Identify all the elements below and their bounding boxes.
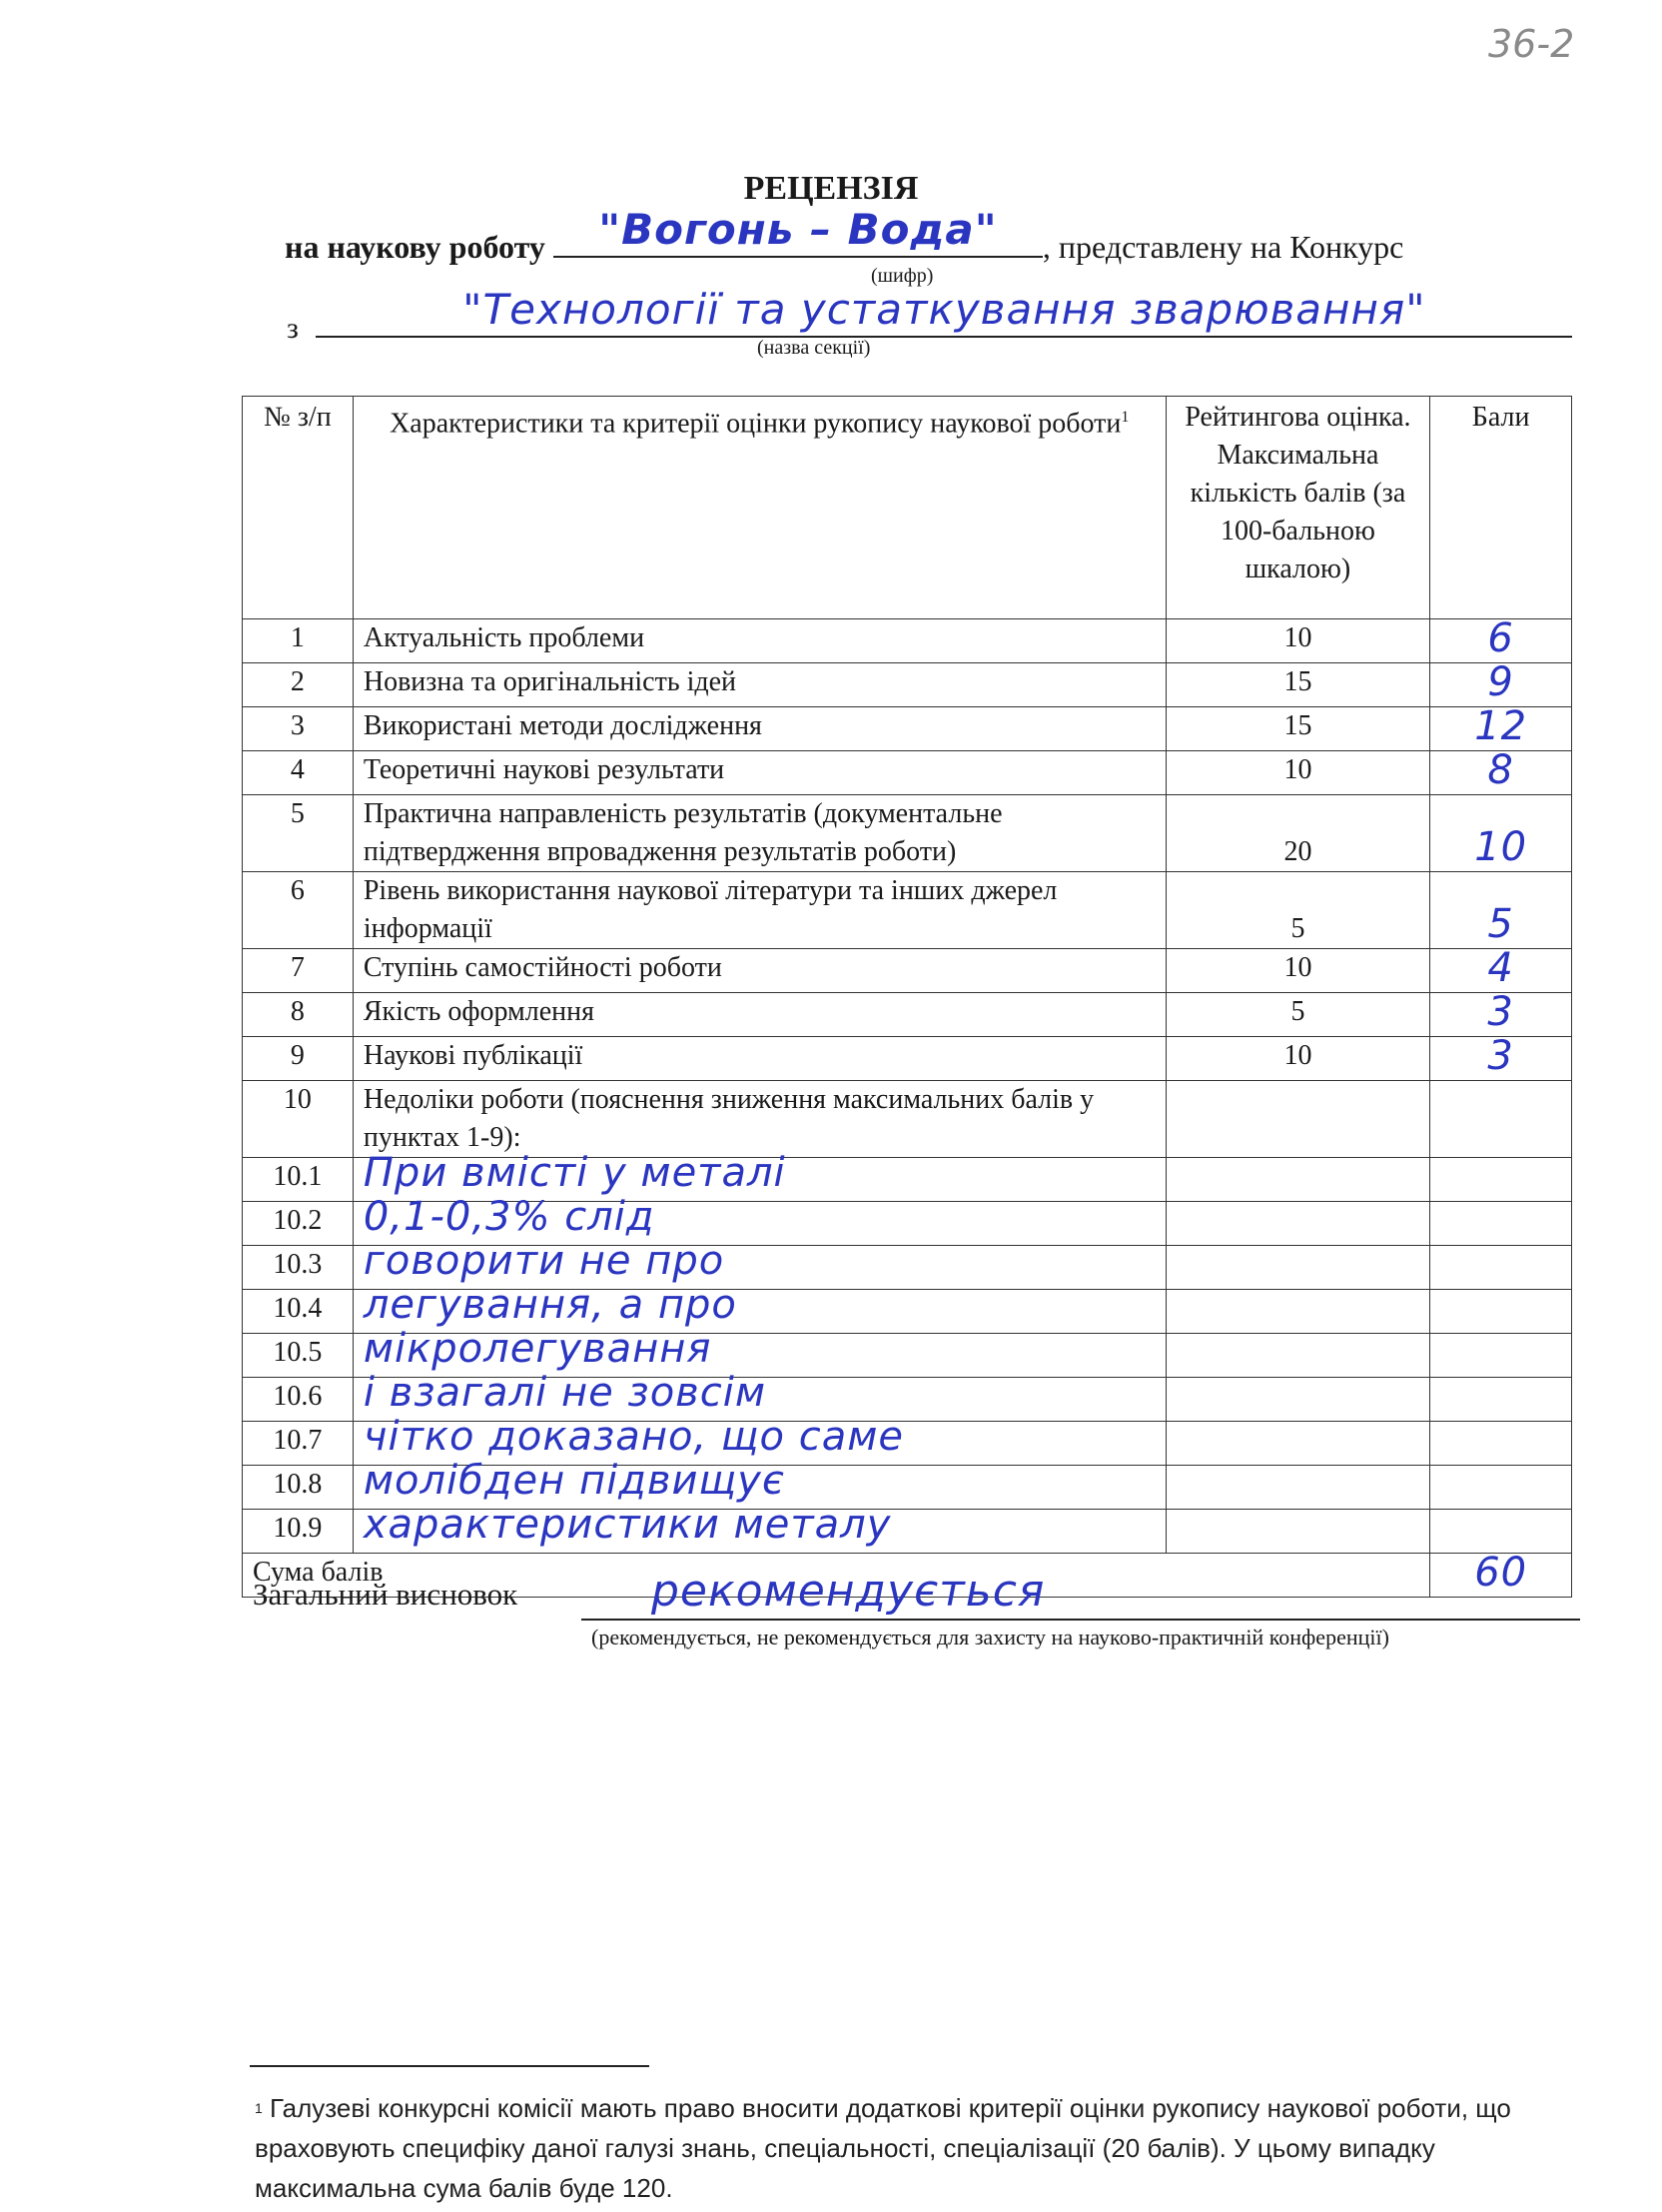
row-max-score: 10 — [1166, 1037, 1430, 1081]
work-prefix: на наукову роботу — [285, 229, 545, 265]
row-criterion: Актуальність проблеми — [353, 619, 1166, 663]
section-caption: (назва секції) — [757, 337, 870, 360]
row-max-score: 15 — [1166, 663, 1430, 707]
shortcoming-num: 10.6 — [243, 1378, 354, 1422]
shortcomings-num: 10 — [243, 1081, 354, 1158]
row-score-field[interactable]: 9 — [1430, 663, 1572, 707]
header-max: Рейтингова оцінка. Максимальна кількість… — [1166, 397, 1430, 619]
row-score-value: 3 — [1487, 1033, 1513, 1079]
conclusion-field[interactable]: рекомендується — [581, 1579, 1580, 1621]
archive-number-mark: 36-2 — [1488, 22, 1574, 66]
work-cipher-line: на наукову роботу "Вогонь – Вода", предс… — [285, 222, 1403, 266]
evaluation-table: № з/п Характеристики та критерії оцінки … — [242, 396, 1572, 1598]
row-criterion: Якість оформлення — [353, 993, 1166, 1037]
shortcoming-text: говорити не про — [364, 1238, 724, 1284]
row-score-value: 3 — [1487, 989, 1513, 1035]
shortcoming-text: молібден підвищує — [364, 1458, 785, 1504]
shortcoming-num: 10.2 — [243, 1202, 354, 1246]
row-score-field[interactable]: 10 — [1430, 795, 1572, 872]
cipher-value: "Вогонь – Вода" — [553, 205, 1043, 254]
row-score-field[interactable]: 6 — [1430, 619, 1572, 663]
row-num: 4 — [243, 751, 354, 795]
shortcoming-num: 10.7 — [243, 1422, 354, 1466]
footnote-divider — [250, 2065, 649, 2067]
header-score: Бали — [1430, 397, 1572, 619]
shortcoming-row: 10.9характеристики металу — [243, 1510, 1572, 1554]
row-score-value: 5 — [1487, 901, 1513, 947]
table-row: 6Рівень використання наукової літератури… — [243, 872, 1572, 949]
footnote: 1 Галузеві конкурсні комісії мають право… — [255, 2088, 1573, 2208]
row-score-value: 10 — [1474, 824, 1527, 870]
table-row: 1Актуальність проблеми106 — [243, 619, 1572, 663]
shortcoming-text: і взагалі не зовсім — [364, 1370, 766, 1416]
row-criterion: Новизна та оригінальність ідей — [353, 663, 1166, 707]
row-num: 7 — [243, 949, 354, 993]
shortcoming-text: мікролегування — [364, 1326, 712, 1372]
row-num: 1 — [243, 619, 354, 663]
row-max-score: 15 — [1166, 707, 1430, 751]
row-num: 9 — [243, 1037, 354, 1081]
shortcoming-text: легування, а про — [364, 1282, 737, 1328]
shortcoming-num: 10.8 — [243, 1466, 354, 1510]
shortcoming-text: При вмісті у металі — [364, 1150, 786, 1196]
work-suffix: , представлену на Конкурс — [1043, 229, 1403, 265]
row-num: 8 — [243, 993, 354, 1037]
row-criterion: Теоретичні наукові результати — [353, 751, 1166, 795]
row-score-field[interactable]: 8 — [1430, 751, 1572, 795]
footnote-ref: 1 — [1121, 409, 1129, 426]
table-row-shortcomings: 10 Недоліки роботи (пояснення зниження м… — [243, 1081, 1572, 1158]
section-field[interactable]: "Технології та устаткування зварювання" — [316, 300, 1572, 338]
shortcomings-label: Недоліки роботи (пояснення зниження макс… — [353, 1081, 1166, 1158]
shortcoming-num: 10.4 — [243, 1290, 354, 1334]
row-num: 3 — [243, 707, 354, 751]
row-score-field[interactable]: 4 — [1430, 949, 1572, 993]
row-num: 2 — [243, 663, 354, 707]
cipher-field[interactable]: "Вогонь – Вода" — [553, 222, 1043, 258]
shortcoming-num: 10.9 — [243, 1510, 354, 1554]
header-criteria: Характеристики та критерії оцінки рукопи… — [353, 397, 1166, 619]
row-score-value: 12 — [1474, 703, 1527, 749]
row-max-score: 5 — [1166, 872, 1430, 949]
section-line: з "Технології та устаткування зварювання… — [287, 300, 1572, 346]
row-criterion: Рівень використання наукової літератури … — [353, 872, 1166, 949]
row-score-field[interactable]: 5 — [1430, 872, 1572, 949]
row-max-score: 10 — [1166, 949, 1430, 993]
row-num: 5 — [243, 795, 354, 872]
shortcoming-field[interactable]: характеристики металу — [353, 1510, 1166, 1554]
conclusion-caption: (рекомендується, не рекомендується для з… — [591, 1625, 1389, 1651]
row-num: 6 — [243, 872, 354, 949]
row-criterion: Ступінь самостійності роботи — [353, 949, 1166, 993]
table-row: 5Практична направленість результатів (до… — [243, 795, 1572, 872]
header-num: № з/п — [243, 397, 354, 619]
section-prefix: з — [287, 312, 299, 345]
row-max-score: 10 — [1166, 751, 1430, 795]
section-value: "Технології та устаткування зварювання" — [316, 285, 1572, 334]
shortcoming-text: чітко доказано, що саме — [364, 1414, 904, 1460]
row-score-field[interactable]: 3 — [1430, 993, 1572, 1037]
shortcoming-num: 10.1 — [243, 1158, 354, 1202]
table-row: 9Наукові публікації103 — [243, 1037, 1572, 1081]
table-header-row: № з/п Характеристики та критерії оцінки … — [243, 397, 1572, 619]
row-max-score: 20 — [1166, 795, 1430, 872]
row-score-value: 8 — [1487, 747, 1513, 793]
table-row: 3Використані методи дослідження1512 — [243, 707, 1572, 751]
shortcoming-text: характеристики металу — [364, 1502, 892, 1548]
row-max-score: 10 — [1166, 619, 1430, 663]
row-criterion: Практична направленість результатів (док… — [353, 795, 1166, 872]
row-criterion: Використані методи дослідження — [353, 707, 1166, 751]
document-title: РЕЦЕНЗІЯ — [0, 170, 1662, 208]
row-criterion: Наукові публікації — [353, 1037, 1166, 1081]
conclusion-label: Загальний висновок — [253, 1577, 517, 1613]
row-score-field[interactable]: 3 — [1430, 1037, 1572, 1081]
table-row: 7Ступінь самостійності роботи104 — [243, 949, 1572, 993]
table-row: 4Теоретичні наукові результати108 — [243, 751, 1572, 795]
row-score-value: 6 — [1487, 615, 1513, 661]
table-row: 2Новизна та оригінальність ідей159 — [243, 663, 1572, 707]
row-max-score: 5 — [1166, 993, 1430, 1037]
row-score-field[interactable]: 12 — [1430, 707, 1572, 751]
row-score-value: 4 — [1487, 945, 1513, 991]
shortcoming-num: 10.3 — [243, 1246, 354, 1290]
shortcoming-text: 0,1-0,3% слід — [364, 1194, 655, 1240]
conclusion-value: рекомендується — [651, 1566, 1045, 1617]
table-row: 8Якість оформлення53 — [243, 993, 1572, 1037]
row-score-value: 9 — [1487, 659, 1513, 705]
shortcoming-num: 10.5 — [243, 1334, 354, 1378]
